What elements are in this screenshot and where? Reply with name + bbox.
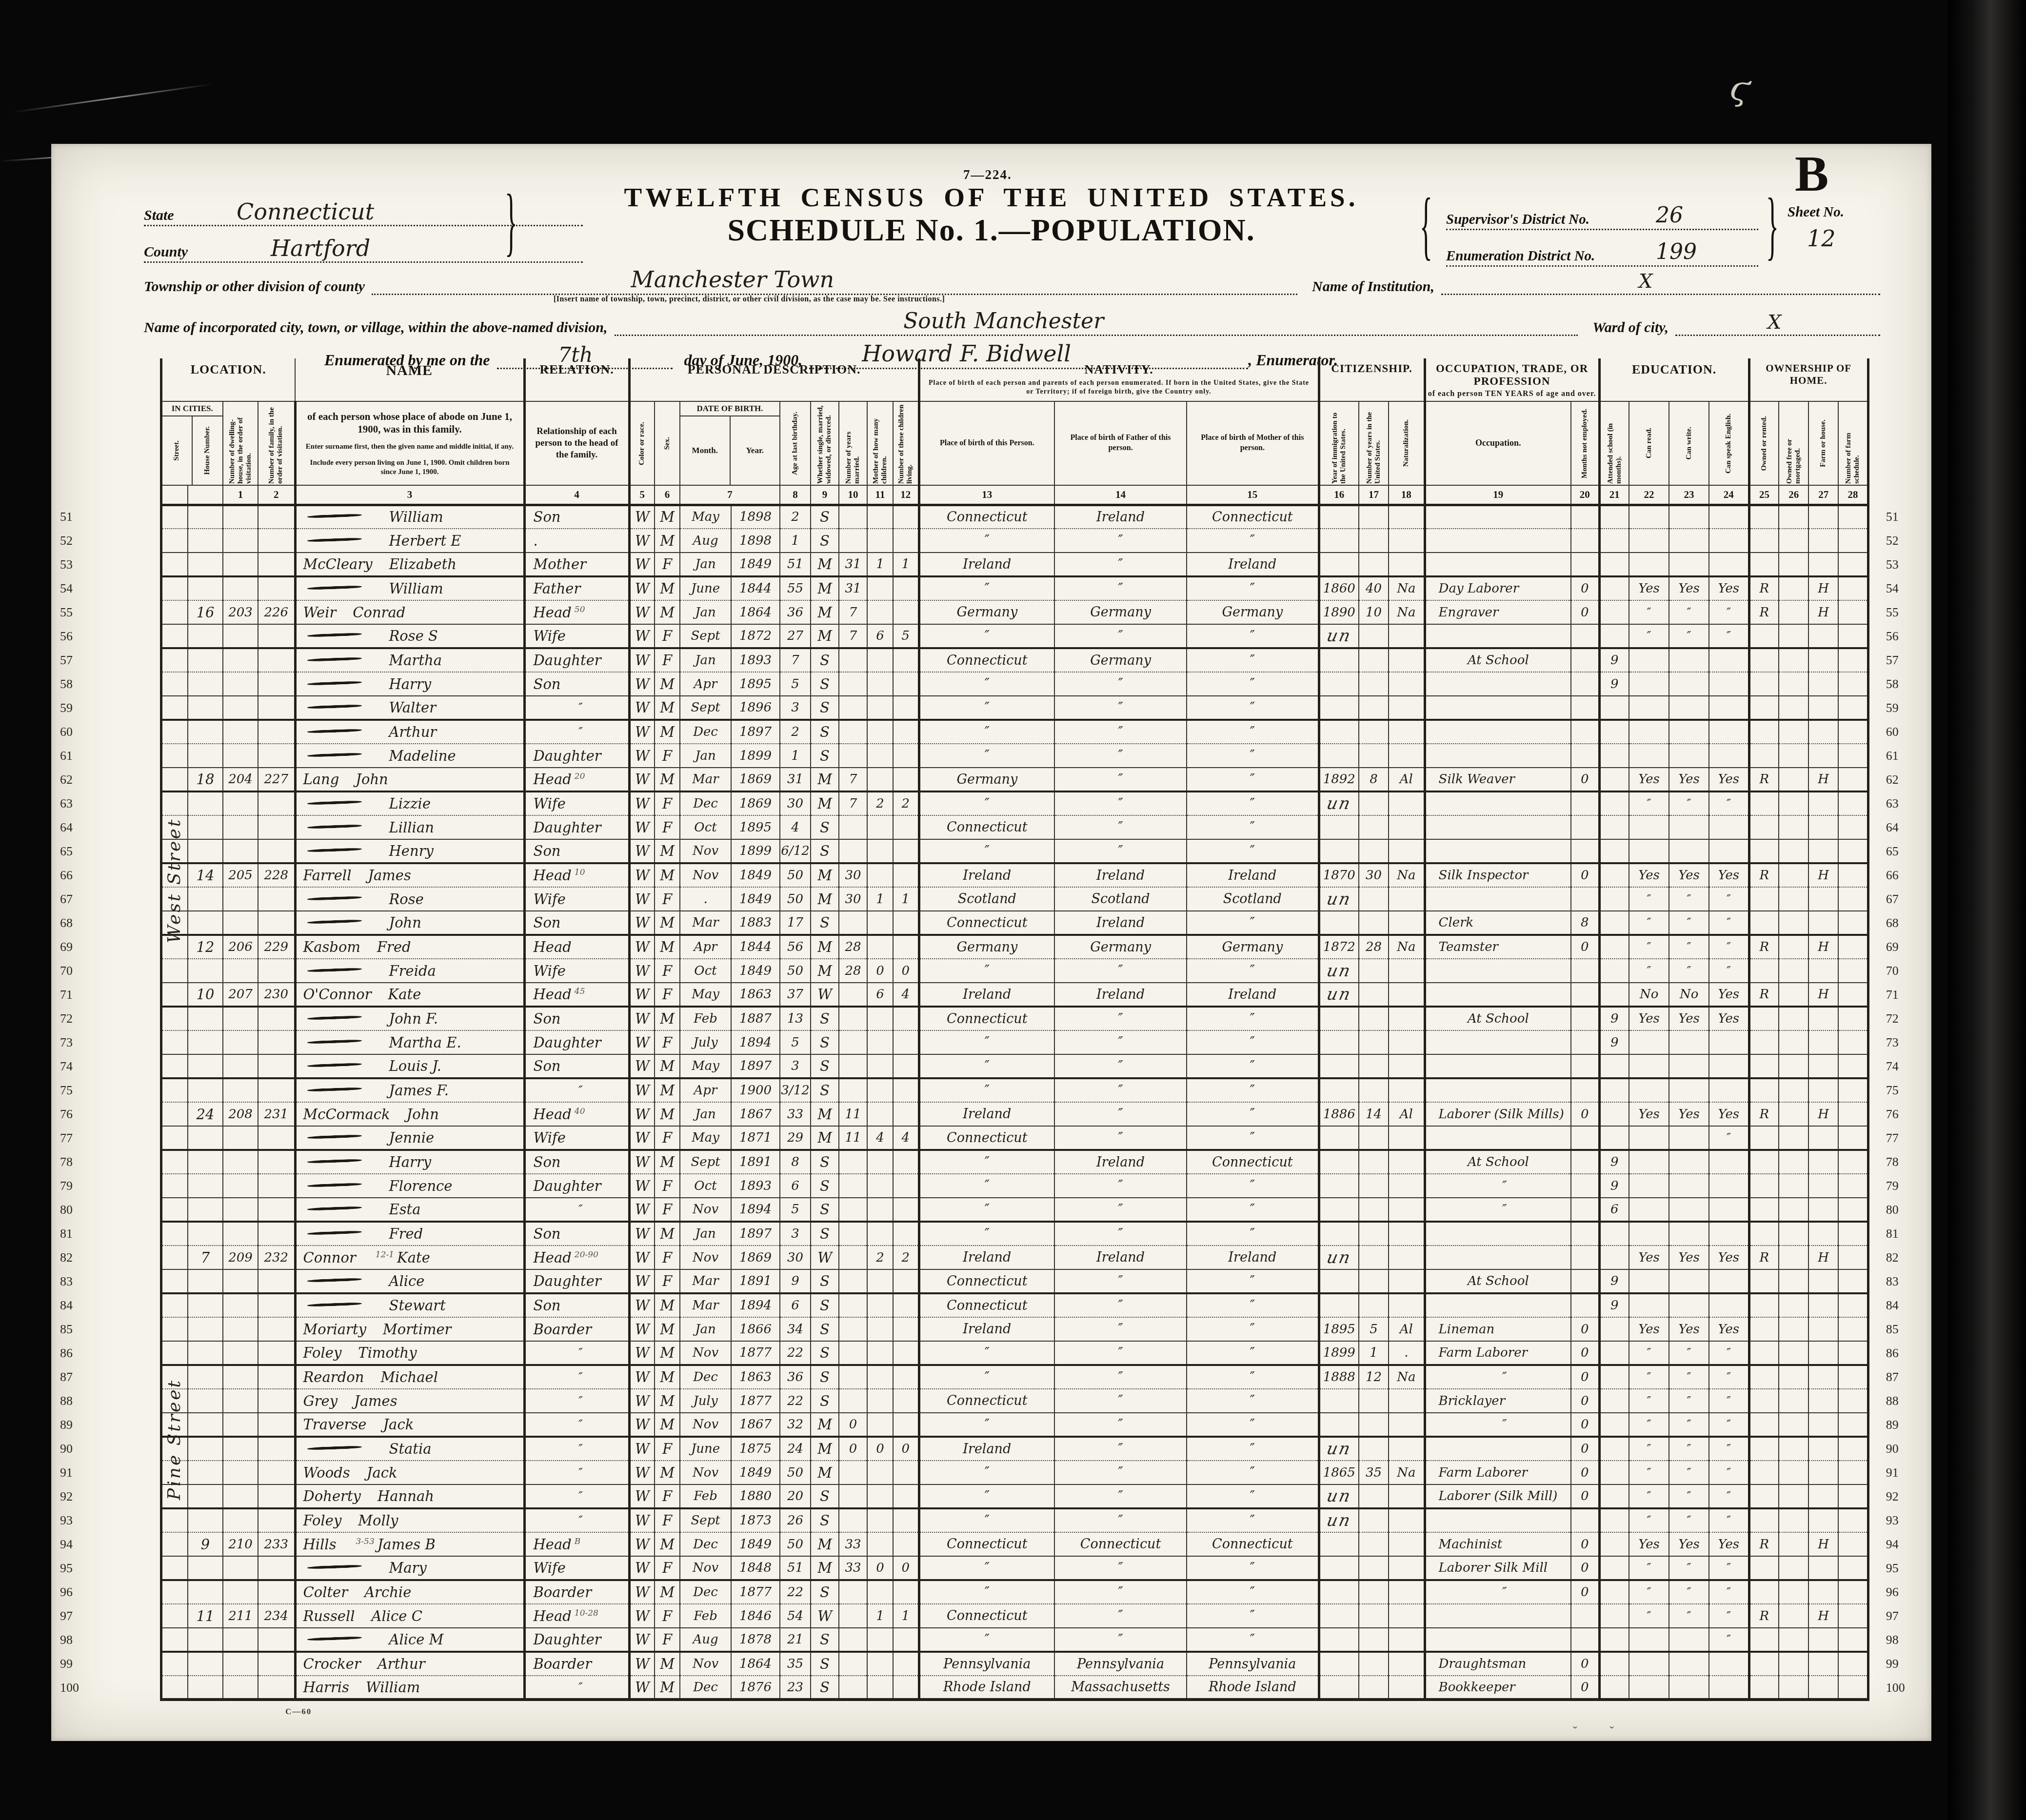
- dwelling-number-cell: 209: [223, 1246, 258, 1269]
- owned-free-cell: [1779, 624, 1808, 648]
- pob-father-cell: ″: [1054, 815, 1187, 839]
- can-write-cell: Yes: [1669, 576, 1709, 600]
- mother-of-children-cell: [867, 720, 893, 744]
- can-write-cell: [1669, 1222, 1709, 1246]
- township-note: [Insert name of township, town, precinct…: [554, 295, 945, 304]
- pob-father-cell: Pennsylvania: [1054, 1652, 1187, 1676]
- name-cell: William: [295, 576, 524, 600]
- naturalization-cell: [1389, 696, 1425, 720]
- given-name: Jack: [383, 1416, 414, 1433]
- house-number-cell: 18: [188, 768, 223, 791]
- children-living-cell: [893, 648, 919, 672]
- immigration-year-cell: [1319, 911, 1359, 935]
- owned-rented-cell: R: [1749, 1102, 1779, 1126]
- occupation-cell: Lineman: [1425, 1317, 1571, 1341]
- pob-mother-cell: ″: [1187, 1628, 1319, 1652]
- family-number-cell: 228: [258, 863, 295, 887]
- relation-cell: Head50: [524, 600, 629, 624]
- head-pob-mother: Place of birth of Mother of this person.: [1187, 401, 1319, 485]
- surname: Weir: [303, 604, 337, 621]
- can-write-cell: ″: [1669, 1461, 1709, 1484]
- house-number-cell: [188, 1437, 223, 1461]
- attended-school-cell: [1599, 1054, 1629, 1078]
- years-in-us-cell: [1359, 1293, 1389, 1317]
- owned-rented-cell: [1749, 1437, 1779, 1461]
- family-number-cell: [258, 1389, 295, 1413]
- owned-free-cell: [1779, 1317, 1808, 1341]
- pob-father-cell: ″: [1054, 576, 1187, 600]
- children-living-cell: [893, 1365, 919, 1389]
- given-name: William: [389, 509, 443, 525]
- birth-month-cell: Jan: [680, 553, 731, 576]
- can-write-cell: [1669, 1198, 1709, 1222]
- owned-free-cell: [1779, 576, 1808, 600]
- surname: Connor: [303, 1249, 356, 1266]
- color-race-cell: W: [629, 959, 655, 983]
- row-number-left: 81: [51, 1222, 161, 1246]
- naturalization-cell: [1389, 1078, 1425, 1102]
- birth-month-cell: Apr: [680, 935, 731, 959]
- head-farm-house: Farm or house.: [1808, 401, 1838, 485]
- row-number-right: 79: [1868, 1174, 1931, 1198]
- marital-status-cell: S: [811, 720, 839, 744]
- marital-status-cell: M: [811, 600, 839, 624]
- dwelling-number-cell: [223, 1150, 258, 1174]
- house-number-cell: [188, 1461, 223, 1484]
- birth-year-cell: 1871: [731, 1126, 780, 1150]
- mother-of-children-cell: [867, 1508, 893, 1532]
- birth-month-cell: Jan: [680, 600, 731, 624]
- owned-free-cell: [1779, 1174, 1808, 1198]
- family-number-cell: [258, 1150, 295, 1174]
- sex-cell: M: [655, 1413, 680, 1437]
- can-read-cell: [1629, 1150, 1669, 1174]
- naturalization-cell: [1389, 1222, 1425, 1246]
- dwelling-number-cell: [223, 1580, 258, 1604]
- naturalization-cell: [1389, 1174, 1425, 1198]
- dwelling-number-cell: [223, 1508, 258, 1532]
- naturalization-cell: [1389, 1389, 1425, 1413]
- pob-person-cell: Ireland: [919, 553, 1054, 576]
- birth-month-cell: July: [680, 1389, 731, 1413]
- color-race-cell: W: [629, 839, 655, 863]
- attended-school-cell: 6: [1599, 1198, 1629, 1222]
- name-cell: FoleyTimothy: [295, 1341, 524, 1365]
- row-number-right: 64: [1868, 815, 1931, 839]
- farm-schedule-cell: [1838, 1413, 1868, 1437]
- sex-cell: M: [655, 1317, 680, 1341]
- row-number-left: 65: [51, 839, 161, 863]
- years-married-cell: 7: [839, 624, 867, 648]
- colnum-14: 14: [1054, 485, 1187, 505]
- mother-of-children-cell: [867, 839, 893, 863]
- children-living-cell: 0: [893, 1437, 919, 1461]
- dwelling-number-cell: [223, 1174, 258, 1198]
- can-write-cell: ″: [1669, 911, 1709, 935]
- pob-mother-cell: ″: [1187, 791, 1319, 815]
- relation-cell: Wife: [524, 959, 629, 983]
- owned-rented-cell: [1749, 959, 1779, 983]
- owned-rented-cell: [1749, 1508, 1779, 1532]
- can-write-cell: [1669, 839, 1709, 863]
- relation-cell: ″: [524, 1365, 629, 1389]
- years-in-us-cell: [1359, 1676, 1389, 1700]
- attended-school-cell: [1599, 529, 1629, 553]
- years-married-cell: 11: [839, 1102, 867, 1126]
- children-living-cell: [893, 1030, 919, 1054]
- pob-father-cell: ″: [1054, 672, 1187, 696]
- months-not-employed-cell: [1571, 624, 1599, 648]
- dwelling-number-cell: [223, 1365, 258, 1389]
- pob-mother-cell: Ireland: [1187, 1246, 1319, 1269]
- years-in-us-cell: 28: [1359, 935, 1389, 959]
- farm-house-cell: [1808, 553, 1838, 576]
- naturalization-cell: [1389, 1604, 1425, 1628]
- given-name: William: [366, 1679, 420, 1696]
- pob-father-cell: ″: [1054, 1078, 1187, 1102]
- age-cell: 23: [780, 1676, 811, 1700]
- birth-month-cell: Apr: [680, 672, 731, 696]
- marital-status-cell: S: [811, 1317, 839, 1341]
- years-in-us-cell: [1359, 815, 1389, 839]
- marital-status-cell: S: [811, 1341, 839, 1365]
- pob-father-cell: ″: [1054, 1604, 1187, 1628]
- pencil-annotation: B: [575, 1537, 581, 1546]
- owned-free-cell: [1779, 1030, 1808, 1054]
- owned-rented-cell: [1749, 1676, 1779, 1700]
- years-in-us-cell: [1359, 720, 1389, 744]
- street-cell: [161, 1293, 188, 1317]
- can-write-cell: No: [1669, 983, 1709, 1007]
- pob-person-cell: Germany: [919, 600, 1054, 624]
- can-speak-english-cell: ″: [1709, 1508, 1749, 1532]
- house-number-cell: 14: [188, 863, 223, 887]
- farm-house-cell: [1808, 959, 1838, 983]
- months-not-employed-cell: 8: [1571, 911, 1599, 935]
- attended-school-cell: [1599, 505, 1629, 529]
- birth-month-cell: Aug: [680, 529, 731, 553]
- census-row: 99CrockerArthurBoarderWMNov186435SPennsy…: [51, 1652, 1931, 1676]
- census-row: 67RoseWifeWF.184950M3011ScotlandScotland…: [51, 887, 1931, 911]
- attended-school-cell: [1599, 1461, 1629, 1484]
- occupation-cell: Day Laborer: [1425, 576, 1571, 600]
- birth-month-cell: Sept: [680, 1150, 731, 1174]
- family-continuation-dash: [307, 1302, 361, 1307]
- surname: Woods: [303, 1464, 350, 1481]
- head-owned-free: Owned free or mortgaged.: [1779, 401, 1808, 485]
- years-married-cell: [839, 1317, 867, 1341]
- naturalization-cell: [1389, 529, 1425, 553]
- marital-status-cell: M: [811, 935, 839, 959]
- sheet-value: 12: [1807, 225, 1905, 252]
- house-number-cell: [188, 1007, 223, 1030]
- marital-status-cell: S: [811, 1174, 839, 1198]
- years-in-us-cell: [1359, 1580, 1389, 1604]
- head-color: Color or race.: [629, 401, 655, 485]
- given-name: Statia: [389, 1441, 432, 1457]
- birth-month-cell: Oct: [680, 1174, 731, 1198]
- attended-school-cell: [1599, 1222, 1629, 1246]
- immigration-year-cell: [1319, 553, 1359, 576]
- surname: Kasbom: [303, 939, 360, 955]
- mother-of-children-cell: 4: [867, 1126, 893, 1150]
- in-cities-label: IN CITIES.: [162, 402, 223, 416]
- children-living-cell: 2: [893, 791, 919, 815]
- pob-mother-cell: ″: [1187, 1102, 1319, 1126]
- pob-mother-cell: Scotland: [1187, 887, 1319, 911]
- given-name: Madeline: [389, 748, 456, 764]
- marital-status-cell: S: [811, 815, 839, 839]
- group-education: EDUCATION.: [1599, 358, 1749, 401]
- pob-mother-cell: ″: [1187, 1174, 1319, 1198]
- mother-of-children-cell: [867, 672, 893, 696]
- census-row: 68JohnSonWMMar188317SConnecticutIreland″…: [51, 911, 1931, 935]
- family-number-cell: [258, 1461, 295, 1484]
- birth-year-cell: 1872: [731, 624, 780, 648]
- naturalization-cell: [1389, 744, 1425, 768]
- census-row: 91WoodsJack″WMNov184950M″″″186535NaFarm …: [51, 1461, 1931, 1484]
- birth-year-cell: 1849: [731, 553, 780, 576]
- head-family: Number of family, in the order of visita…: [258, 401, 295, 485]
- supervisor-label: Supervisor's District No.: [1446, 212, 1589, 228]
- sex-cell: M: [655, 576, 680, 600]
- owned-free-cell: [1779, 600, 1808, 624]
- name-cell: John: [295, 911, 524, 935]
- name-note-2: Include every person living on June 1, 1…: [297, 454, 523, 479]
- row-number-right: 68: [1868, 911, 1931, 935]
- head-dob: DATE OF BIRTH. Month. Year.: [680, 401, 780, 485]
- attended-school-cell: [1599, 1556, 1629, 1580]
- row-number-left: 73: [51, 1030, 161, 1054]
- farm-house-cell: [1808, 1150, 1838, 1174]
- dwelling-number-cell: 211: [223, 1604, 258, 1628]
- occupation-cell: Engraver: [1425, 600, 1571, 624]
- given-name: Stewart: [389, 1297, 446, 1314]
- colnum-9: 9: [811, 485, 839, 505]
- pob-mother-cell: ″: [1187, 1222, 1319, 1246]
- form-number: 7—224.: [963, 167, 1012, 182]
- can-speak-english-cell: [1709, 672, 1749, 696]
- farm-house-cell: [1808, 1508, 1838, 1532]
- row-number-left: 52: [51, 529, 161, 553]
- birth-month-cell: Dec: [680, 1676, 731, 1700]
- row-number-left: 70: [51, 959, 161, 983]
- street-cell: [161, 648, 188, 672]
- attended-school-cell: [1599, 1484, 1629, 1508]
- years-married-cell: 33: [839, 1556, 867, 1580]
- age-cell: 7: [780, 648, 811, 672]
- children-living-cell: [893, 768, 919, 791]
- farm-house-cell: [1808, 529, 1838, 553]
- family-number-cell: [258, 1293, 295, 1317]
- farm-house-cell: [1808, 1078, 1838, 1102]
- census-row: 53McClearyElizabethMotherWFJan184951M311…: [51, 553, 1931, 576]
- birth-month-cell: Aug: [680, 1628, 731, 1652]
- occupation-cell: [1425, 1222, 1571, 1246]
- city-line: Name of incorporated city, town, or vill…: [144, 309, 1880, 336]
- row-number-right: 92: [1868, 1484, 1931, 1508]
- given-name: Martha: [389, 652, 442, 669]
- dwelling-number-cell: [223, 1652, 258, 1676]
- birth-month-cell: Oct: [680, 815, 731, 839]
- birth-year-cell: 1880: [731, 1484, 780, 1508]
- marital-status-cell: M: [811, 1461, 839, 1484]
- street-cell: [161, 1198, 188, 1222]
- farm-house-cell: [1808, 1365, 1838, 1389]
- head-sex: Sex.: [655, 401, 680, 485]
- column-numbers-row: 1 2 3 4 5 6 7 8 9 10 11 12 13 14 15 16 1: [51, 485, 1931, 505]
- years-married-cell: [839, 672, 867, 696]
- years-married-cell: [839, 1030, 867, 1054]
- head-pob-father: Place of birth of Father of this person.: [1054, 401, 1187, 485]
- farm-house-cell: [1808, 744, 1838, 768]
- owned-rented-cell: [1749, 624, 1779, 648]
- pob-mother-cell: ″: [1187, 1030, 1319, 1054]
- row-number-left: 54: [51, 576, 161, 600]
- given-name: Conrad: [353, 604, 405, 621]
- family-continuation-dash: [307, 514, 361, 518]
- birth-month-cell: Nov: [680, 1198, 731, 1222]
- house-number-cell: [188, 744, 223, 768]
- owned-free-cell: [1779, 1580, 1808, 1604]
- census-row: 827209232Connor12-1KateHead20-90WFNov186…: [51, 1246, 1931, 1269]
- house-number-cell: [188, 1580, 223, 1604]
- years-married-cell: [839, 1604, 867, 1628]
- years-in-us-cell: 30: [1359, 863, 1389, 887]
- age-cell: 30: [780, 1246, 811, 1269]
- color-race-cell: W: [629, 1676, 655, 1700]
- colnum-3: 3: [295, 485, 524, 505]
- immigration-year-cell: 1890: [1319, 600, 1359, 624]
- relation-cell: Wife: [524, 887, 629, 911]
- months-not-employed-cell: 0: [1571, 1676, 1599, 1700]
- color-race-cell: W: [629, 576, 655, 600]
- pob-father-cell: ″: [1054, 1126, 1187, 1150]
- family-continuation-dash: [307, 1278, 361, 1283]
- can-write-cell: ″: [1669, 887, 1709, 911]
- mother-of-children-cell: [867, 1078, 893, 1102]
- years-in-us-cell: [1359, 1246, 1389, 1269]
- row-number-left: 75: [51, 1078, 161, 1102]
- owned-rented-cell: [1749, 1580, 1779, 1604]
- attended-school-cell: [1599, 1652, 1629, 1676]
- attended-school-cell: [1599, 1102, 1629, 1126]
- years-in-us-cell: [1359, 1007, 1389, 1030]
- pob-father-cell: Scotland: [1054, 887, 1187, 911]
- dwelling-number-cell: [223, 720, 258, 744]
- months-not-employed-cell: [1571, 720, 1599, 744]
- row-number-left: 89: [51, 1413, 161, 1437]
- pob-father-cell: Germany: [1054, 935, 1187, 959]
- pob-father-cell: ″: [1054, 1317, 1187, 1341]
- immigration-year-cell: [1319, 1269, 1359, 1293]
- dwelling-number-cell: [223, 1556, 258, 1580]
- farm-house-cell: H: [1808, 600, 1838, 624]
- farm-house-cell: [1808, 1461, 1838, 1484]
- months-not-employed-cell: 0: [1571, 1652, 1599, 1676]
- name-cell: ReardonMichael: [295, 1365, 524, 1389]
- mother-of-children-cell: [867, 505, 893, 529]
- birth-month-cell: Mar: [680, 1269, 731, 1293]
- attended-school-cell: 9: [1599, 672, 1629, 696]
- can-write-cell: [1669, 1269, 1709, 1293]
- birth-year-cell: 1849: [731, 1461, 780, 1484]
- occupation-subtitle: of each person TEN YEARS of age and over…: [1426, 388, 1598, 398]
- can-speak-english-cell: [1709, 696, 1749, 720]
- farm-schedule-cell: [1838, 553, 1868, 576]
- sex-cell: M: [655, 600, 680, 624]
- row-number-left: 68: [51, 911, 161, 935]
- dwelling-number-cell: [223, 1007, 258, 1030]
- census-row: 85MoriartyMortimerBoarderWMJan186634SIre…: [51, 1317, 1931, 1341]
- relation-cell: ″: [524, 1508, 629, 1532]
- owned-rented-cell: [1749, 1556, 1779, 1580]
- mother-of-children-cell: 6: [867, 983, 893, 1007]
- family-number-cell: [258, 1676, 295, 1700]
- pob-father-cell: ″: [1054, 1484, 1187, 1508]
- pob-father-cell: ″: [1054, 1365, 1187, 1389]
- surname: Doherty: [303, 1488, 361, 1504]
- birth-month-cell: Apr: [680, 1078, 731, 1102]
- years-in-us-cell: 1: [1359, 1341, 1389, 1365]
- color-race-cell: W: [629, 1317, 655, 1341]
- can-write-cell: ″: [1669, 1484, 1709, 1508]
- pob-father-cell: ″: [1054, 1293, 1187, 1317]
- months-not-employed-cell: [1571, 1246, 1599, 1269]
- census-row: 87ReardonMichael″WMDec186336S″″″188812Na…: [51, 1365, 1931, 1389]
- years-in-us-cell: 5: [1359, 1317, 1389, 1341]
- family-number-cell: [258, 1365, 295, 1389]
- immigration-year-cell: 1899: [1319, 1341, 1359, 1365]
- farm-house-cell: [1808, 1413, 1838, 1437]
- mother-of-children-cell: [867, 1222, 893, 1246]
- brace: }: [505, 178, 517, 265]
- age-cell: 5: [780, 1198, 811, 1222]
- census-scan-page: { "form": { "form_no": "7—224.", "page_l…: [0, 0, 2026, 1820]
- surname: Traverse: [303, 1416, 367, 1433]
- mother-of-children-cell: [867, 744, 893, 768]
- birth-month-cell: Nov: [680, 1652, 731, 1676]
- occupation-cell: At School: [1425, 1269, 1571, 1293]
- name-cell: WeirConrad: [295, 600, 524, 624]
- mother-of-children-cell: [867, 768, 893, 791]
- relation-cell: Son: [524, 1222, 629, 1246]
- dwelling-number-cell: [223, 696, 258, 720]
- sex-cell: M: [655, 768, 680, 791]
- pob-father-cell: ″: [1054, 1437, 1187, 1461]
- birth-year-cell: 1875: [731, 1437, 780, 1461]
- occupation-cell: [1425, 791, 1571, 815]
- birth-month-cell: Feb: [680, 1484, 731, 1508]
- attended-school-cell: 9: [1599, 1269, 1629, 1293]
- attended-school-cell: [1599, 839, 1629, 863]
- pob-father-cell: ″: [1054, 1174, 1187, 1198]
- months-not-employed-cell: 0: [1571, 1102, 1599, 1126]
- farm-house-cell: [1808, 696, 1838, 720]
- years-married-cell: [839, 911, 867, 935]
- colnum-12: 12: [893, 485, 919, 505]
- relation-cell: Head40: [524, 1102, 629, 1126]
- census-row: 6614205228FarrellJamesHead10WMNov184950M…: [51, 863, 1931, 887]
- children-living-cell: [893, 672, 919, 696]
- county-label: County: [144, 244, 188, 260]
- street-cell: [161, 1269, 188, 1293]
- pob-person-cell: ″: [919, 744, 1054, 768]
- row-number-right: 100: [1868, 1676, 1931, 1700]
- years-married-cell: [839, 1484, 867, 1508]
- owned-rented-cell: [1749, 1365, 1779, 1389]
- sex-cell: F: [655, 887, 680, 911]
